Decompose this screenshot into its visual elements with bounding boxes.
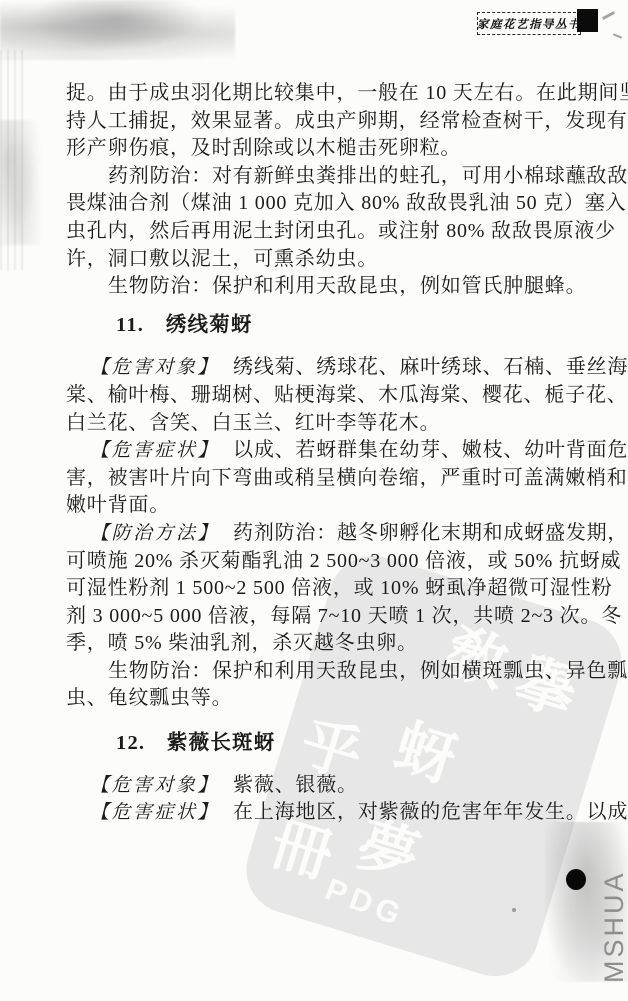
scan-noise-topleft [0,0,235,60]
scanned-book-page: PDG 敎擧乎蚜冊夢 家庭花艺指导丛书 捉。由于成虫羽化期比较集中，一般在 10… [0,0,628,1001]
section-heading: 12. 紫薇长斑蚜 [66,730,566,758]
line-text: 持人工捕捉，效果显著。成虫产卵期，经常检查树干，发现有方 [66,110,628,132]
section-heading: 11. 绣线菊蚜 [66,312,566,340]
text-line: 棠、榆叶梅、珊瑚树、贴梗海棠、木瓜海棠、樱花、栀子花、桂花、 [66,382,566,410]
line-text: 生物防治：保护和利用天敌昆虫，例如横斑瓢虫、异色瓢 [108,660,628,682]
text-line: 可喷施 20% 杀灭菊酯乳油 2 500~3 000 倍液，或 50% 抗蚜威 [66,548,566,576]
text-line: 畏煤油合剂（煤油 1 000 克加入 80% 敌敌畏乳油 50 克）塞入 [66,190,566,218]
line-text: 害，被害叶片向下弯曲或稍呈横向卷缩，严重时可盖满嫩梢和 [66,467,628,489]
line-text: 畏煤油合剂（煤油 1 000 克加入 80% 敌敌畏乳油 50 克）塞入 [66,192,626,214]
text-line: 形产卵伤痕，及时刮除或以木槌击死卵粒。 [66,135,566,163]
text-line: 药剂防治：对有新鲜虫粪排出的蛀孔，可用小棉球蘸敌敌 [66,163,566,191]
page-text-block: 捉。由于成虫羽化期比较集中，一般在 10 天左右。在此期间坚持人工捕捉，效果显著… [66,80,566,827]
text-line: 【危害症状】以成、若蚜群集在幼芽、嫩枝、幼叶背面危 [66,437,566,465]
series-title-black-square [577,9,598,32]
text-line: 剂 3 000~5 000 倍液，每隔 7~10 天喷 1 次，共喷 2~3 次… [66,603,566,631]
line-text: 形产卵伤痕，及时刮除或以木槌击死卵粒。 [66,137,461,159]
scan-edge-black-dot [566,869,586,890]
text-line: 【危害对象】绣线菊、绣球花、麻叶绣球、石楠、垂丝海 [66,354,566,382]
scan-noise-left-edge [0,50,24,270]
scan-speck [602,11,615,20]
text-line: 生物防治：保护和利用天敌昆虫，例如管氏肿腿蜂。 [66,273,566,301]
line-text: 以成、若蚜群集在幼芽、嫩枝、幼叶背面危 [233,439,628,461]
text-line: 季，喷 5% 柴油乳剂，杀灭越冬虫卵。 [66,630,566,658]
line-text: 许，洞口敷以泥土，可熏杀幼虫。 [66,248,378,270]
scan-edge-vertical-text: MSHUA [599,870,628,983]
line-text: 在上海地区，对紫薇的危害年年发生。以成 [233,801,628,823]
field-label: 【危害症状】 [90,440,219,461]
line-text: 剂 3 000~5 000 倍液，每隔 7~10 天喷 1 次，共喷 2~3 次… [66,605,622,627]
line-text: 季，喷 5% 柴油乳剂，杀灭越冬虫卵。 [66,632,418,654]
series-title: 家庭花艺指导丛书 [477,16,581,32]
line-text: 药剂防治：越冬卵孵化末期和成蚜盛发期， [233,522,628,544]
line-text: 12. 紫薇长斑蚜 [116,732,275,754]
line-text: 虫、龟纹瓢虫等。 [66,687,232,709]
text-line: 生物防治：保护和利用天敌昆虫，例如横斑瓢虫、异色瓢 [66,658,566,686]
line-text: 可湿性粉剂 1 500~2 500 倍液，或 10% 蚜虱净超微可湿性粉 [66,577,612,599]
line-text: 绣线菊、绣球花、麻叶绣球、石楠、垂丝海 [233,356,628,378]
field-label: 【危害对象】 [90,775,219,796]
line-text: 捉。由于成虫羽化期比较集中，一般在 10 天左右。在此期间坚 [66,82,628,104]
text-line: 【防治方法】药剂防治：越冬卵孵化末期和成蚜盛发期， [66,520,566,548]
series-title-box: 家庭花艺指导丛书 [477,12,581,35]
field-label: 【危害对象】 [90,357,219,378]
line-text: 紫薇、银薇。 [233,774,358,796]
line-text: 嫩叶背面。 [66,494,170,516]
text-line: 【危害症状】在上海地区，对紫薇的危害年年发生。以成 [66,799,566,827]
text-line: 虫、龟纹瓢虫等。 [66,685,566,713]
text-line: 许，洞口敷以泥土，可熏杀幼虫。 [66,246,566,274]
line-text: 可喷施 20% 杀灭菊酯乳油 2 500~3 000 倍液，或 50% 抗蚜威 [66,550,621,572]
line-text: 生物防治：保护和利用天敌昆虫，例如管氏肿腿蜂。 [108,275,586,297]
line-text: 11. 绣线菊蚜 [116,314,253,336]
text-line: 【危害对象】紫薇、银薇。 [66,772,566,800]
scan-dot-small [512,908,516,912]
scan-noise-left-smudge [0,120,48,245]
line-text: 棠、榆叶梅、珊瑚树、贴梗海棠、木瓜海棠、樱花、栀子花、桂花、 [66,384,628,406]
line-text: 虫孔内，然后再用泥土封闭虫孔。或注射 80% 敌敌畏原液少 [66,220,616,242]
text-line: 害，被害叶片向下弯曲或稍呈横向卷缩，严重时可盖满嫩梢和 [66,465,566,493]
line-text: 药剂防治：对有新鲜虫粪排出的蛀孔，可用小棉球蘸敌敌 [108,165,628,187]
text-line: 持人工捕捉，效果显著。成虫产卵期，经常检查树干，发现有方 [66,108,566,136]
field-label: 【危害症状】 [90,802,219,823]
line-text: 白兰花、含笑、白玉兰、红叶李等花木。 [66,412,440,434]
text-line: 捉。由于成虫羽化期比较集中，一般在 10 天左右。在此期间坚 [66,80,566,108]
field-label: 【防治方法】 [90,523,219,544]
text-line: 虫孔内，然后再用泥土封闭虫孔。或注射 80% 敌敌畏原液少 [66,218,566,246]
text-line: 嫩叶背面。 [66,492,566,520]
text-line: 可湿性粉剂 1 500~2 500 倍液，或 10% 蚜虱净超微可湿性粉 [66,575,566,603]
text-line: 白兰花、含笑、白玉兰、红叶李等花木。 [66,410,566,438]
scan-speck [613,33,622,38]
